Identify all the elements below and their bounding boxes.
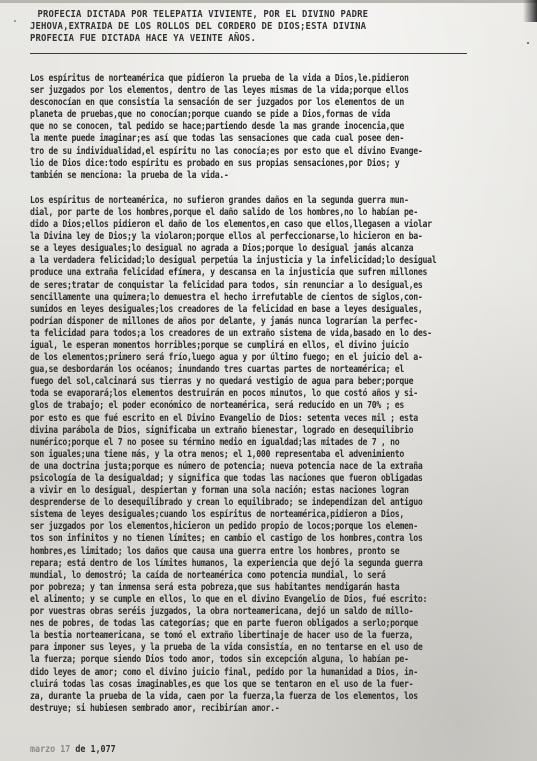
text-line: la fuerza; porque siendo Dios todo amor,…: [30, 654, 470, 666]
paragraph-2: Los espíritus de norteamérica, no sufier…: [30, 195, 530, 715]
text-line: dial, por parte de los hombres,porque el…: [30, 207, 470, 219]
paragraph-1: Los espíritus de norteamérica que pidier…: [30, 73, 530, 182]
text-line: de una doctrina justa;porque es número d…: [30, 461, 470, 473]
text-line: mundial, lo demostró; la caída de nortea…: [30, 570, 470, 582]
text-line: sencillamente una quimera;lo demuestra e…: [30, 292, 470, 304]
text-line: sistema de leyes desiguales;cuando los e…: [30, 509, 470, 521]
text-line: numérico;porque el 7 no posee su término…: [30, 437, 470, 449]
text-line: Los espíritus de norteamérica que pidier…: [30, 73, 470, 85]
text-line: sumidos en leyes desiguales;los creadore…: [30, 304, 470, 316]
text-line: repara; está dentro de los límites human…: [30, 558, 470, 570]
text-line: son iguales;una tiene más, y la otra men…: [30, 449, 470, 461]
page-corner-shadow: [523, 0, 537, 22]
paper-speck: [14, 20, 16, 22]
text-line: destruye; si hubiesen sembrado amor, rec…: [30, 703, 470, 715]
text-line: divina parábola de Dios, significaba un …: [30, 425, 470, 437]
text-line: glos de trabajo; el poder económico de n…: [30, 400, 470, 412]
date-prefix: marzo 17: [30, 744, 70, 755]
text-line: Los espíritus de norteamérica, no sufier…: [30, 195, 470, 207]
text-line: la mente puede imaginar;es así que todas…: [30, 133, 470, 145]
text-line: za, durante la prueba de la vida, caen p…: [30, 691, 470, 703]
paper-speck: [527, 42, 529, 44]
text-line: toda se evaporará;los elementos destruir…: [30, 388, 470, 400]
heading-line: JEHOVA,EXTRAIDA DE LOS ROLLOS DEL CORDER…: [30, 21, 439, 33]
text-line: lio de Dios dice:todo espíritu es probad…: [30, 158, 470, 170]
text-line: nes de pobres, de todas las categorías; …: [30, 618, 470, 630]
document-date: marzo 17 de 1,077: [30, 744, 116, 755]
text-line: tro de su individualidad,el espíritu no …: [30, 146, 470, 158]
text-line: dido a Dios;ellos pidieron el daño de lo…: [30, 219, 470, 231]
text-line: la Divina ley de Dios;y la violaron;porq…: [30, 231, 470, 243]
text-line: igual, le esperan momentos horribles;por…: [30, 340, 470, 352]
text-line: ser juzgados por los elementos,hicieron …: [30, 521, 470, 533]
document-body: Los espíritus de norteamérica que pidier…: [30, 73, 530, 728]
heading-line: PROFECIA DICTADA POR TELEPATIA VIVIENTE,…: [30, 9, 439, 21]
text-line: a vivir en lo desigual, despiertan y for…: [30, 485, 470, 497]
text-line: produce una extraña felicidad efímera, y…: [30, 267, 470, 279]
text-line: para imponer sus leyes, y la prueba de l…: [30, 642, 470, 654]
text-line: cluirá todas las cosas imaginables,es qu…: [30, 679, 470, 691]
text-line: fuego del sol,calcinará sus tierras y no…: [30, 376, 470, 388]
heading-line: PROFECIA FUE DICTADA HACE YA VEINTE AÑOS…: [30, 33, 439, 45]
text-line: que no se conocen, tal pedido se hace;pa…: [30, 121, 470, 133]
typewritten-document-page: PROFECIA DICTADA POR TELEPATIA VIVIENTE,…: [0, 0, 537, 761]
heading-divider: [30, 53, 467, 54]
text-line: la bestia norteamericana, se tomó el ext…: [30, 630, 470, 642]
text-line: ser juzgados por los elementos, dentro d…: [30, 85, 470, 97]
text-line: dido leyes de amor; como el divino juici…: [30, 667, 470, 679]
document-heading: PROFECIA DICTADA POR TELEPATIA VIVIENTE,…: [30, 9, 439, 45]
text-line: planeta de pruebas,que no conocían;porqu…: [30, 109, 470, 121]
text-line: de los elementos;primero será frío,luego…: [30, 352, 470, 364]
text-line: también se menciona: la prueba de la vid…: [30, 170, 470, 182]
text-line: podrían disponer de millones de años por…: [30, 316, 470, 328]
text-line: hombres,es limitado; los daños que causa…: [30, 546, 470, 558]
text-line: ta felicidad para todos;a los creadores …: [30, 328, 470, 340]
text-line: de seres;tratar de conquistar la felicid…: [30, 280, 470, 292]
text-line: por pobreza; y tan inmensa será esta pob…: [30, 582, 470, 594]
text-line: el alimento; y se cumple en ellos, lo qu…: [30, 594, 470, 606]
text-line: tos son infinitos y no tienen límites; e…: [30, 533, 470, 545]
text-line: por esto es que fué escrito en el Divino…: [30, 413, 470, 425]
text-line: a la verdadera felicidad;lo desigual per…: [30, 255, 470, 267]
text-line: desprenderse de lo desequilibrado y crea…: [30, 497, 470, 509]
text-line: psicología de la desigualdad; y signific…: [30, 473, 470, 485]
text-line: se a leyes desiguales;lo desigual no agr…: [30, 243, 470, 255]
text-line: por vuestras obras seréis juzgados, la o…: [30, 606, 470, 618]
date-year: de 1,077: [70, 744, 115, 755]
text-line: gua,se desbordarán los océanos; inundand…: [30, 364, 470, 376]
text-line: desconocían en que consistía la sensació…: [30, 97, 470, 109]
